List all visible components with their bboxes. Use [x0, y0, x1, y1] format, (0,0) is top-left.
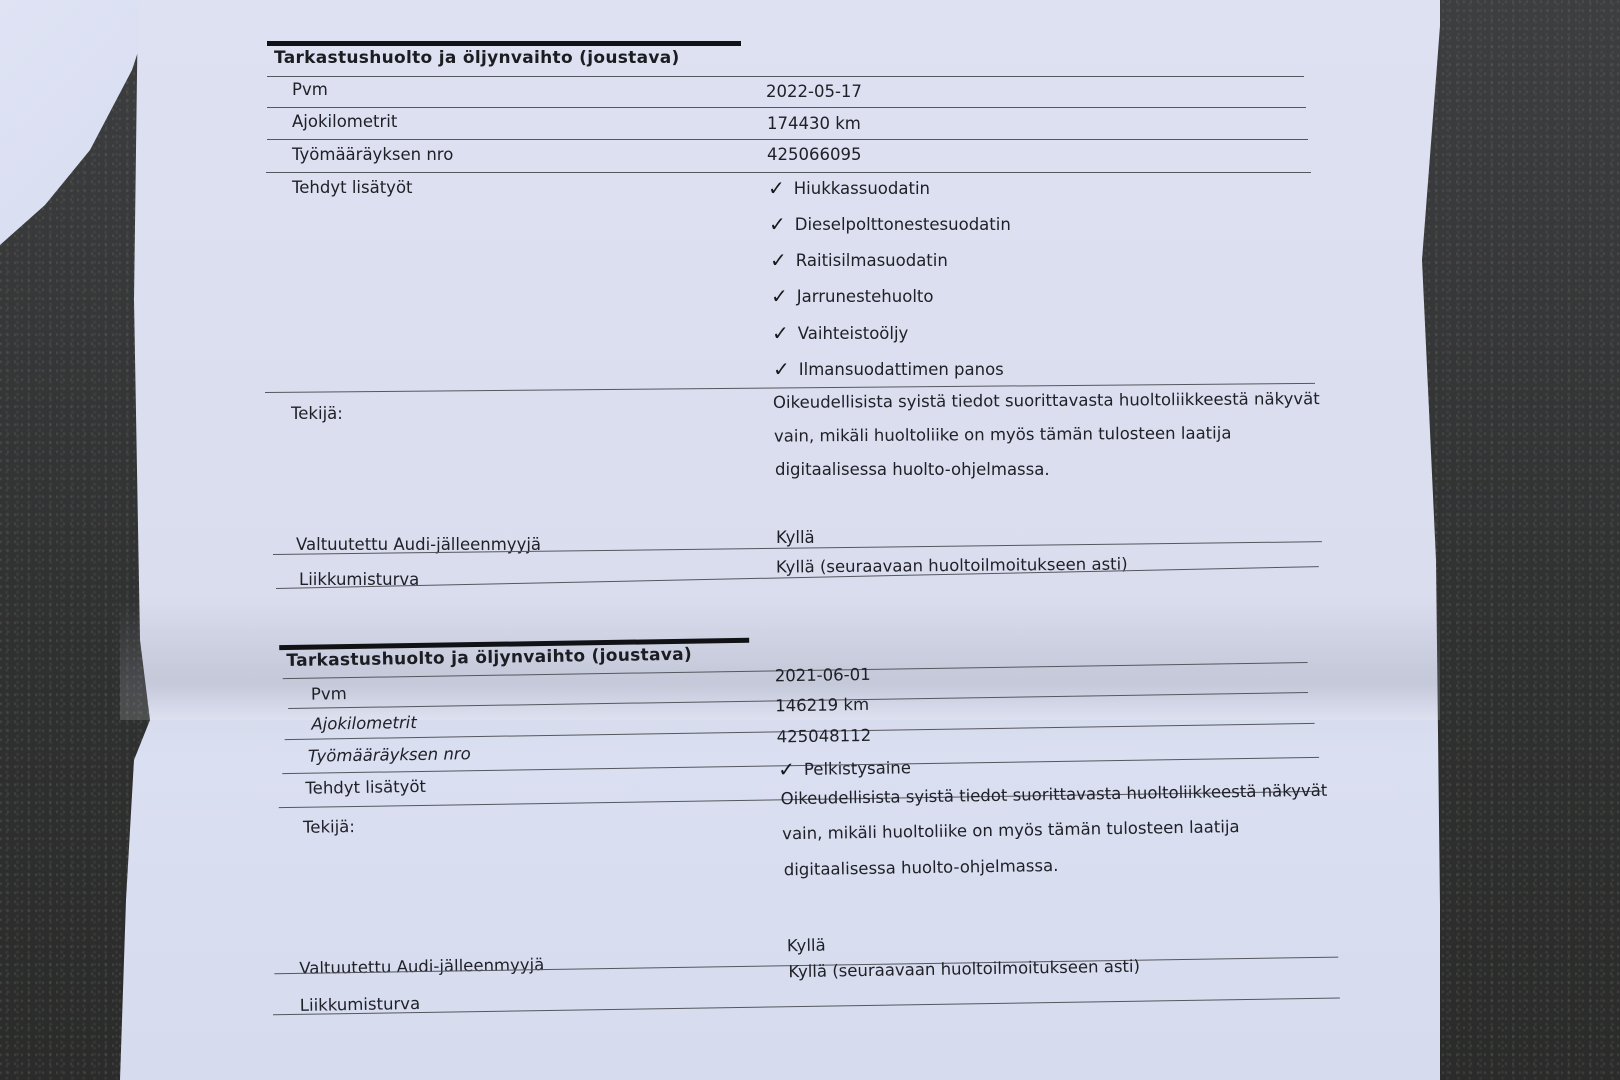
extra-work-item: ✓ Vaihteistoöljy: [772, 323, 908, 343]
extra-work-item: ✓ Dieselpolttonestesuodatin: [769, 214, 1011, 234]
divider: [266, 172, 1311, 173]
extra-work-text: Hiukkassuodatin: [794, 179, 930, 198]
performer-label: Tekijä:: [291, 404, 343, 423]
extra-work-text: Raitisilmasuodatin: [796, 251, 948, 270]
extra-work-text: Jarrunestehuolto: [797, 287, 934, 306]
title-bar: [267, 41, 741, 46]
date-label: Pvm: [292, 80, 328, 99]
work-order-value: 425048112: [777, 726, 872, 746]
date-label: Pvm: [311, 684, 347, 704]
dealer-label: Valtuutettu Audi-jälleenmyyjä: [299, 955, 544, 978]
dealer-value: Kyllä: [787, 936, 826, 956]
extra-work-item: ✓ Ilmansuodattimen panos: [773, 359, 1004, 379]
performer-notice-line: vain, mikäli huoltoliike on myös tämän t…: [774, 423, 1232, 445]
divider: [267, 107, 1306, 108]
divider: [267, 139, 1308, 140]
extra-work-item: ✓ Jarrunestehuolto: [771, 286, 933, 306]
mileage-value: 174430 km: [767, 114, 861, 133]
work-order-value: 425066095: [767, 145, 861, 164]
extra-work-text: Dieselpolttonestesuodatin: [795, 215, 1011, 234]
date-value: 2021-06-01: [775, 665, 871, 686]
extra-work-item: ✓ Raitisilmasuodatin: [770, 250, 948, 270]
check-icon: ✓: [778, 759, 795, 779]
extra-work-text: Pelkistysaine: [804, 758, 911, 779]
extra-work-label: Tehdyt lisätyöt: [292, 178, 413, 197]
mileage-value: 146219 km: [775, 695, 869, 715]
mileage-label: Ajokilometrit: [292, 112, 397, 131]
check-icon: ✓: [768, 178, 785, 198]
extra-work-item: ✓ Hiukkassuodatin: [768, 178, 930, 198]
check-icon: ✓: [770, 250, 787, 270]
check-icon: ✓: [769, 214, 786, 234]
check-icon: ✓: [772, 323, 789, 343]
extra-work-text: Vaihteistoöljy: [798, 324, 909, 343]
work-order-label: Työmääräyksen nro: [292, 145, 453, 164]
performer-notice-line: digitaalisessa huolto-ohjelmassa.: [775, 460, 1050, 479]
performer-notice-line: Oikeudellisista syistä tiedot suorittava…: [773, 389, 1320, 412]
extra-work-text: Ilmansuodattimen panos: [799, 360, 1004, 379]
performer-label: Tekijä:: [303, 817, 355, 837]
work-order-label: Työmääräyksen nro: [308, 744, 471, 766]
check-icon: ✓: [771, 286, 788, 306]
mileage-label: Ajokilometrit: [311, 713, 417, 734]
record-title: Tarkastushuolto ja öljynvaihto (joustava…: [274, 48, 680, 68]
divider: [267, 76, 1304, 77]
check-icon: ✓: [773, 359, 790, 379]
extra-work-item: ✓ Pelkistysaine: [778, 757, 911, 779]
extra-work-label: Tehdyt lisätyöt: [305, 777, 426, 798]
dealer-value: Kyllä: [776, 528, 815, 547]
date-value: 2022-05-17: [766, 82, 862, 101]
